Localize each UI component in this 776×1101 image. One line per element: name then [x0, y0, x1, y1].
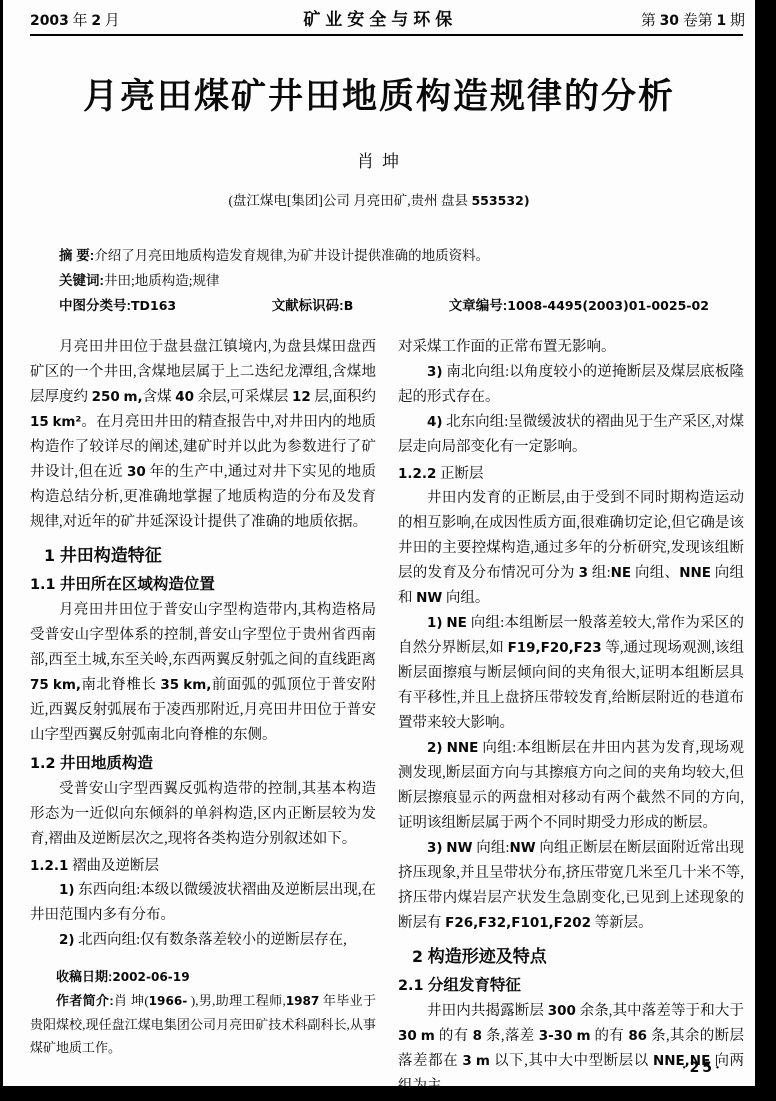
- heading-1-1-regional-position: 1.1 井田所在区域构造位置: [30, 575, 376, 595]
- header-rule: [30, 34, 743, 36]
- keywords-label: 关键词:: [59, 273, 104, 288]
- heading-2-1-grouping-features: 2.1 分组发育特征: [398, 976, 744, 996]
- article-title: 月亮田煤矿井田地质构造规律的分析: [13, 69, 745, 119]
- received-date-line: 收稿日期:2002-06-19: [30, 965, 376, 989]
- clc-value: TD163: [131, 298, 176, 313]
- article-id-value: 1008-4495(2003)01-0025-02: [507, 298, 709, 313]
- para-regional-position: 月亮田井田位于普安山字型构造带内,其构造格局受普安山字型体系的控制,普安山字型位…: [30, 598, 376, 748]
- para-ne-group: 1) NE 向组:本组断层一般落差较大,常作为采区的自然分界断层,如 F19,F…: [398, 611, 744, 736]
- abstract-text: 介绍了月亮田地质构造发育规律,为矿井设计提供准确的地质资料。: [94, 248, 489, 263]
- doc-code-value: B: [344, 298, 354, 313]
- article-id-item: 文章编号:1008-4495(2003)01-0025-02: [449, 293, 709, 318]
- heading-1-2-1-folds-reverse-faults: 1.2.1 褶曲及逆断层: [30, 855, 376, 877]
- para-group-east-west: 1) 东西向组:本级以微缓波状褶曲及逆断层出现,在井田范围内多有分布。: [30, 878, 376, 928]
- author-bio-line: 作者简介:肖 坤(1966- ),男,助理工程师,1987 年毕业于贵阳煤校,现…: [30, 989, 376, 1059]
- para-nne-group: 2) NNE 向组:本组断层在井田内甚为发育,现场观测发现,断层面方向与其擦痕方…: [398, 736, 744, 836]
- right-column: 对采煤工作面的正常布置无影响。 3) 南北向组:以角度较小的逆掩断层及煤层底板隆…: [398, 335, 744, 1086]
- para-geologic-structure: 受普安山字型西翼反弧构造带的控制,其基本构造形态为一近似向东倾斜的单斜构造,区内…: [30, 777, 376, 852]
- article-author: 肖 坤: [3, 147, 755, 172]
- body-columns: 月亮田井田位于盘县盘江镇境内,为盘县煤田盘西矿区的一个井田,含煤地层属于上二迭纪…: [30, 335, 744, 1086]
- para-nw-group: 3) NW 向组:NW 向组正断层在断层面附近常出现挤压现象,并且呈带状分布,挤…: [398, 836, 744, 936]
- clc-item: 中图分类号:TD163: [59, 293, 176, 318]
- doc-code-label: 文献标识码:: [272, 298, 344, 313]
- para-normal-faults: 井田内发育的正断层,由于受到不同时期构造运动的相互影响,在成因性质方面,很难确切…: [398, 486, 744, 611]
- journal-name: 矿业安全与环保: [303, 5, 457, 30]
- journal-header: 2003 年 2 月 矿业安全与环保 第 30 卷第 1 期: [3, 0, 755, 30]
- keywords-text: 井田;地质构造;规律: [104, 273, 220, 288]
- para-mine-overview: 月亮田井田位于盘县盘江镇境内,为盘县煤田盘西矿区的一个井田,含煤地层属于上二迭纪…: [30, 335, 376, 535]
- heading-1-2-2-normal-faults: 1.2.2 正断层: [398, 463, 744, 485]
- para-group-north-west: 2) 北西向组:仅有数条落差较小的逆断层存在,: [30, 928, 376, 953]
- received-date-value: 2002-06-19: [112, 969, 189, 984]
- clc-label: 中图分类号:: [59, 298, 131, 313]
- heading-1-2-geologic-structure: 1.2 井田地质构造: [30, 754, 376, 774]
- heading-2-structure-traces: 2 构造形迹及特点: [412, 946, 744, 968]
- para-group-north-south: 3) 南北向组:以角度较小的逆掩断层及煤层底板隆起的形式存在。: [398, 360, 744, 410]
- para-continuation: 对采煤工作面的正常布置无影响。: [398, 335, 744, 360]
- article-id-label: 文章编号:: [449, 298, 508, 313]
- footnote: 收稿日期:2002-06-19 作者简介:肖 坤(1966- ),男,助理工程师…: [30, 965, 376, 1059]
- article-affiliation: (盘江煤电[集团]公司 月亮田矿,贵州 盘县 553532): [3, 189, 755, 209]
- article-meta: 摘 要:介绍了月亮田地质构造发育规律,为矿井设计提供准确的地质资料。 关键词:井…: [59, 243, 715, 318]
- para-group-north-east: 4) 北东向组:呈微缓波状的褶曲见于生产采区,对煤层走向局部变化有一定影响。: [398, 410, 744, 460]
- doc-code-item: 文献标识码:B: [272, 293, 354, 318]
- received-date-label: 收稿日期:: [56, 969, 112, 984]
- page-number: ·25·: [682, 1060, 723, 1077]
- paper-page: 2003 年 2 月 矿业安全与环保 第 30 卷第 1 期 月亮田煤矿井田地质…: [3, 0, 755, 1086]
- heading-1-structure-features: 1 井田构造特征: [44, 545, 376, 567]
- codes-line: 中图分类号:TD163 文献标识码:B 文章编号:1008-4495(2003)…: [59, 293, 715, 318]
- keywords-line: 关键词:井田;地质构造;规律: [59, 268, 715, 293]
- journal-issue: 第 30 卷第 1 期: [641, 9, 745, 30]
- journal-date: 2003 年 2 月: [30, 9, 120, 30]
- abstract-label: 摘 要:: [59, 248, 94, 263]
- abstract-line: 摘 要:介绍了月亮田地质构造发育规律,为矿井设计提供准确的地质资料。: [59, 243, 715, 268]
- author-bio-label: 作者简介:: [56, 993, 114, 1008]
- left-column: 月亮田井田位于盘县盘江镇境内,为盘县煤田盘西矿区的一个井田,含煤地层属于上二迭纪…: [30, 335, 376, 1086]
